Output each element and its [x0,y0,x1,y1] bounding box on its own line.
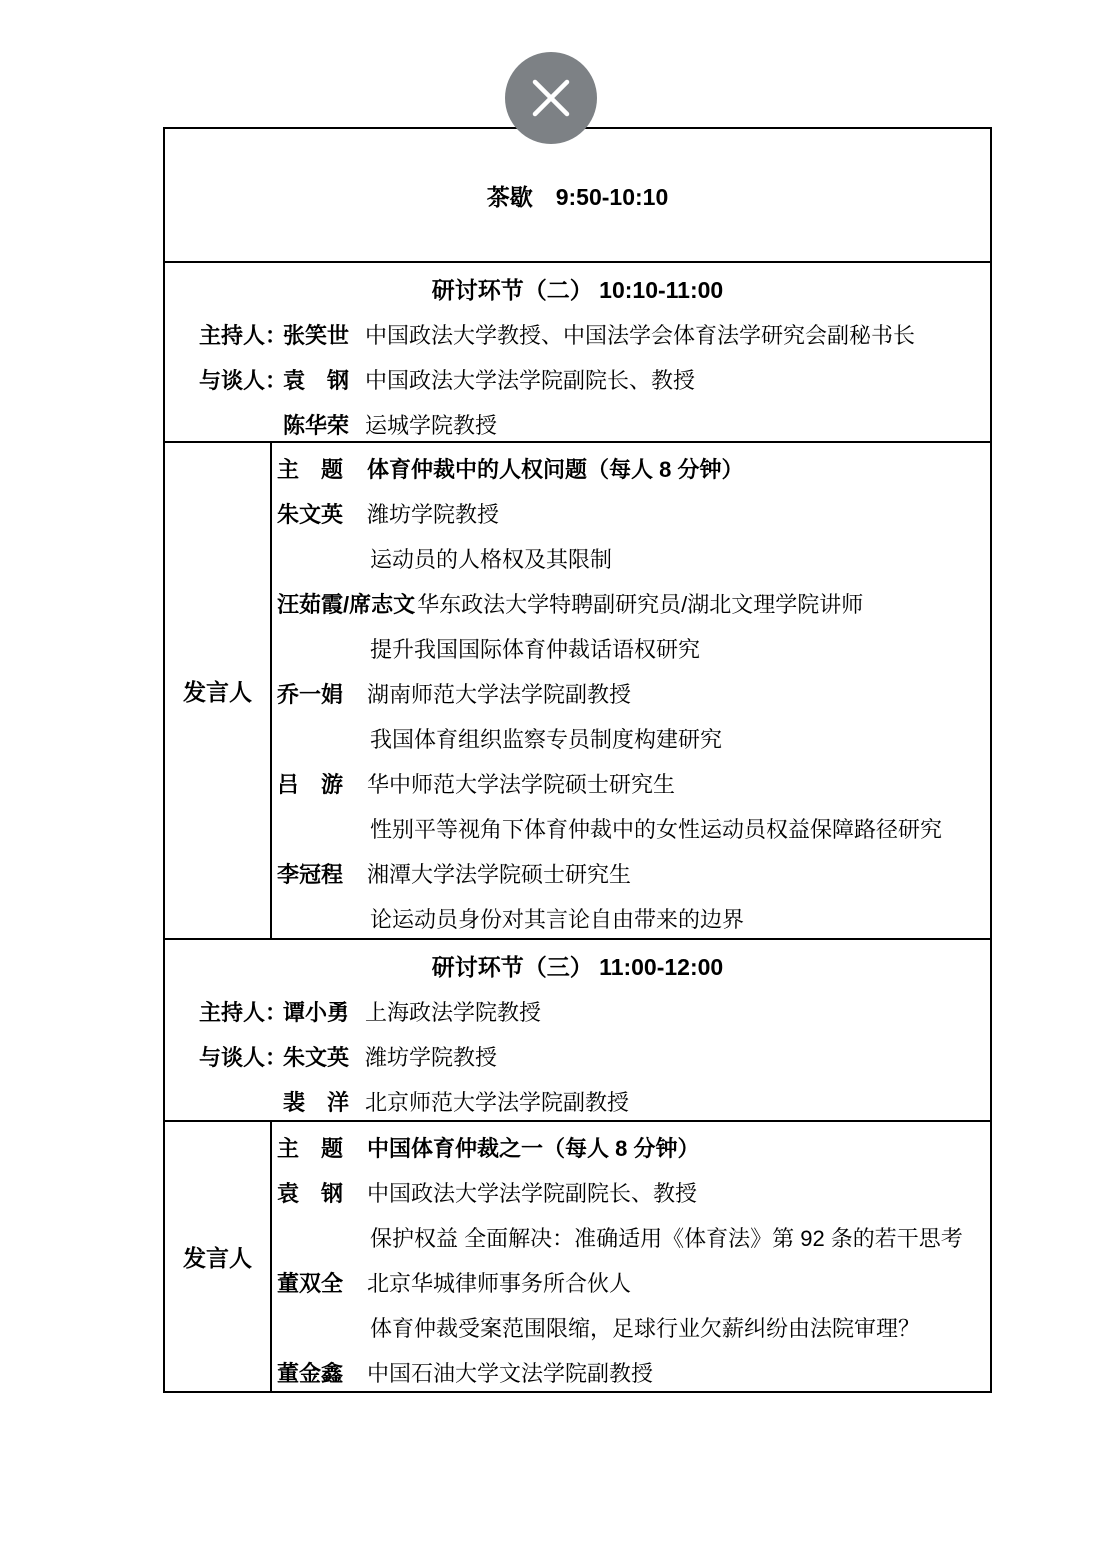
host-name: 谭小勇 [283,990,365,1035]
session3-speakers-row: 发言人 主 题 中国体育仲裁之一（每人 8 分钟） 袁 钢 中国政法大学法学院副… [165,1122,990,1391]
close-button[interactable] [505,52,597,144]
session3-header-row: 研讨环节（三） 11:00-12:00 主持人： 谭小勇 上海政法学院教授 与谈… [165,940,990,1122]
host-affiliation: 中国政法大学教授、中国法学会体育法学研究会副秘书长 [365,313,915,358]
document-page: 茶歇 9:50-10:10 研讨环节（二） 10:10-11:00 主持人： 张… [0,0,1097,1551]
host-affiliation: 上海政法学院教授 [365,990,541,1035]
speaker-name: 吕 游 [277,762,365,807]
speaker-affiliation: 潍坊学院教授 [367,492,499,537]
speaker-line: 李冠程 湘潭大学法学院硕士研究生 [277,852,984,897]
speakers-content: 主 题 体育仲裁中的人权问题（每人 8 分钟） 朱文英 潍坊学院教授 运动员的人… [272,443,990,938]
topic-label: 主 题 [277,447,365,492]
host-name: 裴 洋 [283,1080,365,1122]
topic-title: 中国体育仲裁之一（每人 8 分钟） [367,1126,699,1171]
speaker-line: 袁 钢 中国政法大学法学院副院长、教授 [277,1171,984,1216]
speaker-line: 朱文英 潍坊学院教授 [277,492,984,537]
speaker-topic: 论运动员身份对其言论自由带来的边界 [277,897,984,938]
session2-header-row: 研讨环节（二） 10:10-11:00 主持人： 张笑世 中国政法大学教授、中国… [165,263,990,443]
host-role-label: 主持人： [199,990,283,1035]
speaker-line: 汪茹霞/席志文 华东政法大学特聘副研究员/湖北文理学院讲师 [277,582,984,627]
speakers-content: 主 题 中国体育仲裁之一（每人 8 分钟） 袁 钢 中国政法大学法学院副院长、教… [272,1122,990,1391]
speaker-topic: 性别平等视角下体育仲裁中的女性运动员权益保障路径研究 [277,807,984,852]
host-line: 与谈人： 朱文英 潍坊学院教授 [165,1035,990,1080]
speaker-affiliation: 湘潭大学法学院硕士研究生 [367,852,631,897]
speaker-topic: 提升我国国际体育仲裁话语权研究 [277,627,984,672]
speaker-name: 董金鑫 [277,1351,365,1391]
host-name: 朱文英 [283,1035,365,1080]
speaker-name: 朱文英 [277,492,365,537]
host-name: 陈华荣 [283,403,365,443]
speaker-affiliation: 华中师范大学法学院硕士研究生 [367,762,675,807]
host-line: 主持人： 谭小勇 上海政法学院教授 [165,990,990,1035]
host-name: 张笑世 [283,313,365,358]
session2-speakers-row: 发言人 主 题 体育仲裁中的人权问题（每人 8 分钟） 朱文英 潍坊学院教授 运… [165,443,990,940]
speaker-affiliation: 湖南师范大学法学院副教授 [367,672,631,717]
speakers-label: 发言人 [165,1122,272,1391]
speaker-name: 乔一娟 [277,672,365,717]
topic-head-line: 主 题 中国体育仲裁之一（每人 8 分钟） [277,1126,984,1171]
session3-title: 研讨环节（三） 11:00-12:00 [165,945,990,990]
speaker-topic: 体育仲裁受案范围限缩，足球行业欠薪纠纷由法院审理？ [277,1306,984,1351]
speaker-topic: 保护权益 全面解决：准确适用《体育法》第 92 条的若干思考 [277,1216,984,1261]
host-role-label [199,403,283,443]
tea-break-row: 茶歇 9:50-10:10 [165,129,990,263]
topic-title: 体育仲裁中的人权问题（每人 8 分钟） [367,447,743,492]
host-affiliation: 北京师范大学法学院副教授 [365,1080,629,1122]
agenda-table: 茶歇 9:50-10:10 研讨环节（二） 10:10-11:00 主持人： 张… [163,127,992,1393]
speaker-affiliation: 北京华城律师事务所合伙人 [367,1261,631,1306]
host-line: 主持人： 张笑世 中国政法大学教授、中国法学会体育法学研究会副秘书长 [165,313,990,358]
host-role-label: 与谈人： [199,1035,283,1080]
speaker-name: 董双全 [277,1261,365,1306]
topic-head-line: 主 题 体育仲裁中的人权问题（每人 8 分钟） [277,447,984,492]
host-role-label: 与谈人： [199,358,283,403]
tea-break-text: 茶歇 9:50-10:10 [487,179,669,212]
speaker-line: 董双全 北京华城律师事务所合伙人 [277,1261,984,1306]
speaker-line: 董金鑫 中国石油大学文法学院副教授 [277,1351,984,1391]
host-name: 袁 钢 [283,358,365,403]
host-affiliation: 运城学院教授 [365,403,497,443]
host-line: 与谈人： 袁 钢 中国政法大学法学院副院长、教授 [165,358,990,403]
speaker-line: 吕 游 华中师范大学法学院硕士研究生 [277,762,984,807]
close-icon [505,52,597,144]
host-affiliation: 潍坊学院教授 [365,1035,497,1080]
speaker-name: 李冠程 [277,852,365,897]
topic-label: 主 题 [277,1126,365,1171]
host-line: 裴 洋 北京师范大学法学院副教授 [165,1080,990,1122]
speakers-label: 发言人 [165,443,272,938]
speaker-affiliation: 中国政法大学法学院副院长、教授 [367,1171,697,1216]
speaker-topic: 我国体育组织监察专员制度构建研究 [277,717,984,762]
host-line: 陈华荣 运城学院教授 [165,403,990,443]
speaker-line: 乔一娟 湖南师范大学法学院副教授 [277,672,984,717]
speaker-affiliation: 华东政法大学特聘副研究员/湖北文理学院讲师 [417,582,863,627]
speaker-topic: 运动员的人格权及其限制 [277,537,984,582]
host-role-label [199,1080,283,1122]
host-affiliation: 中国政法大学法学院副院长、教授 [365,358,695,403]
host-role-label: 主持人： [199,313,283,358]
speaker-affiliation: 中国石油大学文法学院副教授 [367,1351,653,1391]
session2-title: 研讨环节（二） 10:10-11:00 [165,268,990,313]
speaker-name: 袁 钢 [277,1171,365,1216]
speaker-name: 汪茹霞/席志文 [277,582,415,627]
